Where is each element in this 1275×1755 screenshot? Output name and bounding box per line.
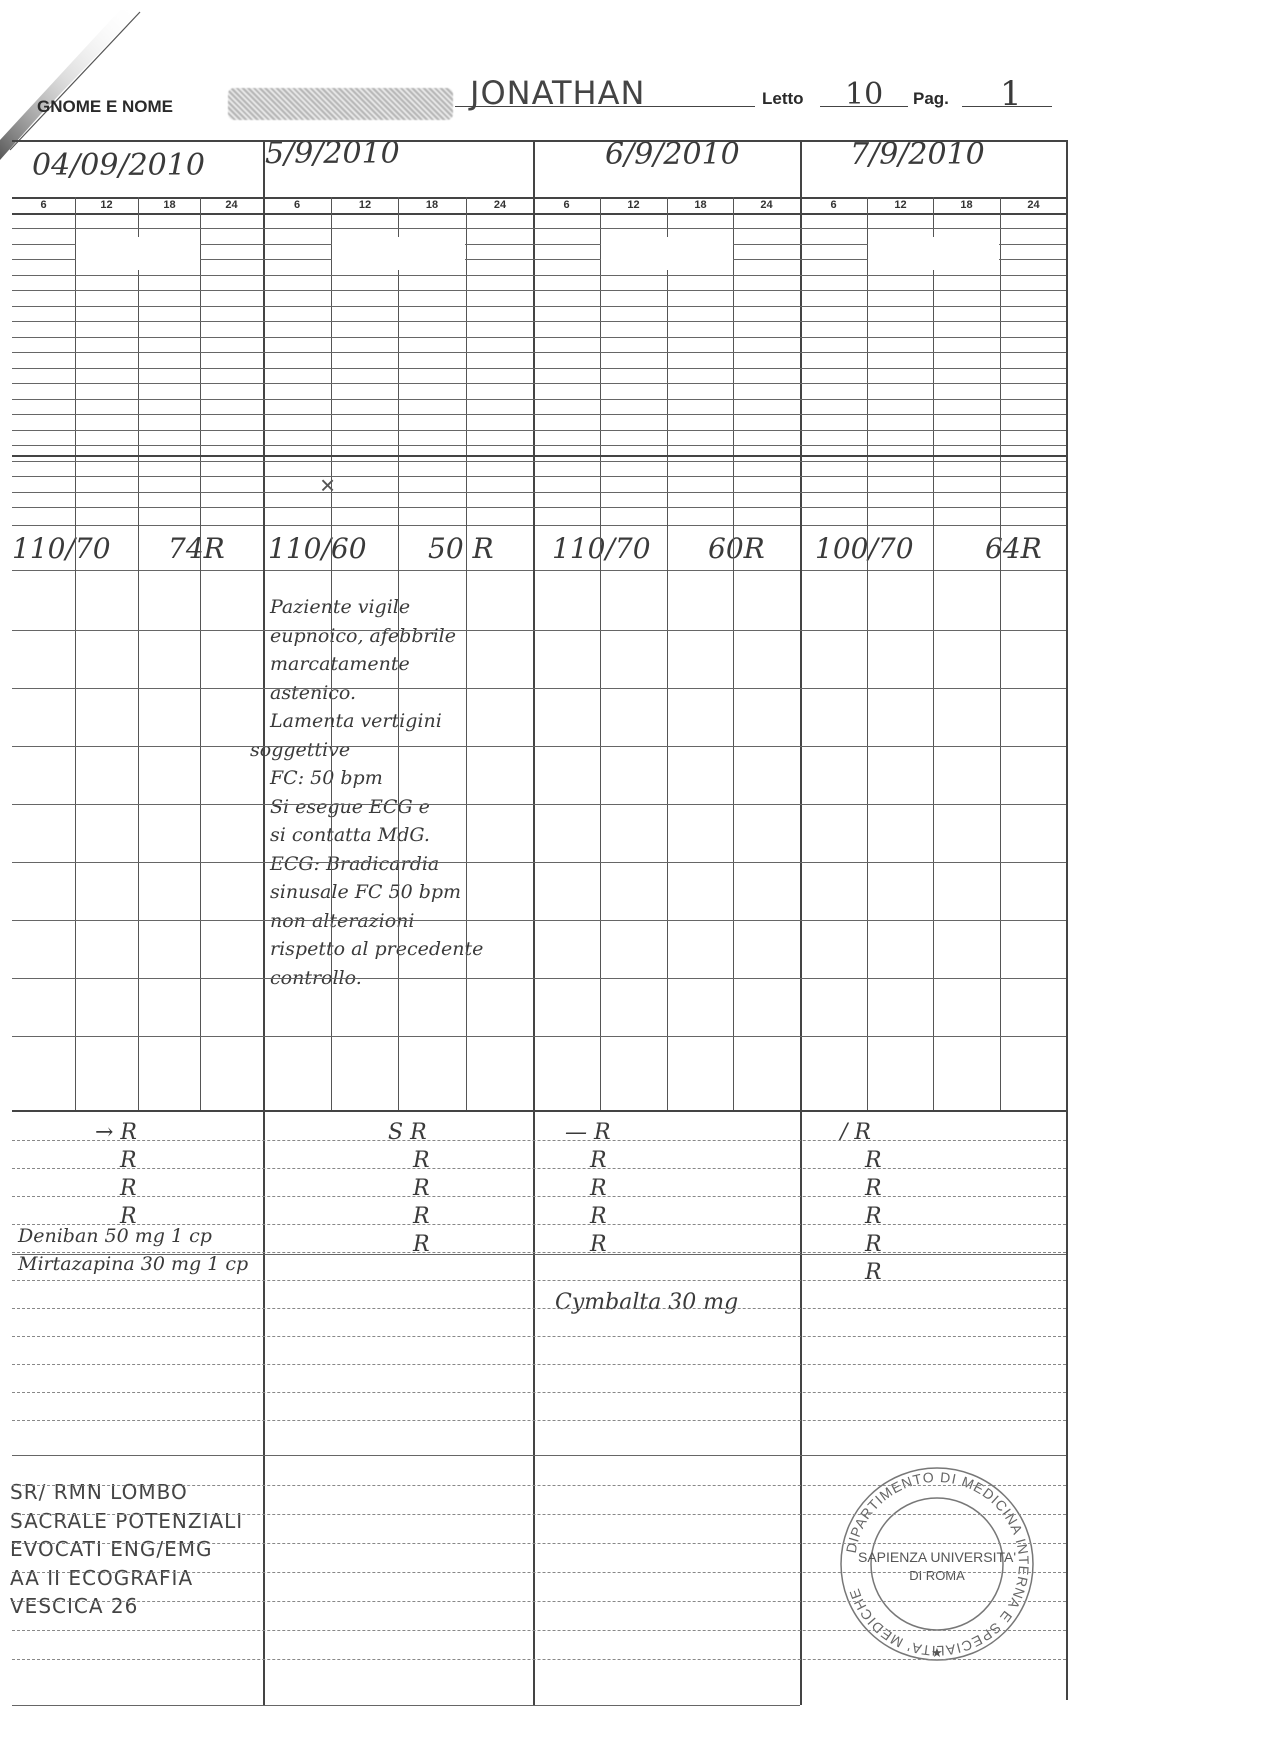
request-line: AA II ECOGRAFIA (10, 1566, 193, 1590)
grid-line (12, 228, 1066, 229)
grid-line (200, 197, 201, 1110)
grid-line (12, 1601, 1066, 1602)
grid-line (12, 306, 1066, 307)
medication-entry: Deniban 50 mg 1 cp (18, 1225, 212, 1247)
note-line: soggettive (250, 739, 350, 761)
svg-text:SAPIENZA UNIVERSITA': SAPIENZA UNIVERSITA' (858, 1549, 1016, 1565)
bp-day-1: 110/70 (12, 532, 111, 565)
grid-line (12, 430, 1066, 431)
grid-line (12, 978, 1066, 979)
grid-line (138, 197, 139, 1110)
grid-line (12, 476, 1066, 477)
grid-line (12, 1280, 1066, 1281)
note-line: ECG: Bradicardia (270, 853, 439, 875)
request-line: SACRALE POTENZIALI (10, 1509, 243, 1533)
hr-day-4: 64R (985, 532, 1042, 565)
university-stamp: DIPARTIMENTO DI MEDICINA INTERNA E SPECI… (837, 1464, 1037, 1664)
grid-line (12, 1705, 800, 1706)
administration-mark: S R (388, 1120, 427, 1145)
patient-first-name: JONATHAN (470, 74, 645, 112)
grid-line (12, 1485, 1066, 1486)
note-line: eupnoico, afebbrile (270, 625, 456, 647)
grid-line (466, 197, 467, 1110)
medication-entry: Cymbalta 30 mg (555, 1290, 738, 1315)
grid-line (533, 140, 535, 1705)
grid-line (12, 337, 1066, 338)
administration-mark: R (413, 1176, 430, 1201)
hour-label: 18 (933, 199, 1000, 211)
grid-line (12, 383, 1066, 384)
grid-line (12, 414, 1066, 415)
hour-label: 6 (800, 199, 867, 211)
blank-chart-cell (868, 237, 999, 270)
administration-mark: R (590, 1176, 607, 1201)
administration-mark: — R (565, 1120, 611, 1145)
page-label: Pag. (913, 89, 949, 109)
note-line: FC: 50 bpm (270, 767, 383, 789)
grid-line (12, 1392, 1066, 1393)
hour-label: 18 (667, 199, 734, 211)
grid-line (12, 1420, 1066, 1421)
hour-label: 24 (733, 199, 800, 211)
grid-line (12, 1630, 1066, 1631)
bp-day-2: 110/60 (268, 532, 367, 565)
request-line: VESCICA 26 (10, 1594, 138, 1618)
grid-line (12, 461, 1066, 462)
grid-line (12, 492, 1066, 493)
hour-label: 6 (12, 199, 75, 211)
grid-line (733, 197, 734, 1110)
grid-line (12, 1252, 1066, 1253)
hour-label: 12 (867, 199, 934, 211)
administration-mark: R (413, 1148, 430, 1173)
grid-line (12, 290, 1066, 291)
administration-mark: R (590, 1204, 607, 1229)
grid-line (12, 688, 1066, 689)
grid-line (12, 1036, 1066, 1037)
grid-line (12, 570, 1066, 571)
grid-line (600, 197, 601, 1110)
administration-mark: / R (840, 1120, 871, 1145)
grid-line (12, 746, 1066, 747)
note-line: astenico. (270, 682, 356, 704)
grid-line (263, 140, 265, 1705)
grid-line (12, 1659, 1066, 1660)
grid-line (12, 1110, 1066, 1112)
chart-cross-mark: × (320, 470, 335, 501)
note-line: marcatamente (270, 653, 410, 675)
grid-line (12, 1514, 1066, 1515)
administration-mark: R (865, 1148, 882, 1173)
bp-day-3: 110/70 (552, 532, 651, 565)
hour-label: 24 (1000, 199, 1067, 211)
grid-line (12, 1572, 1066, 1573)
svg-text:★: ★ (931, 1645, 943, 1660)
grid-line (12, 1336, 1066, 1337)
grid-line (398, 197, 399, 1110)
grid-line (12, 368, 1066, 369)
grid-line (12, 399, 1066, 400)
administration-mark: R (865, 1260, 882, 1285)
grid-line (12, 1140, 1066, 1141)
grid-line (12, 1308, 1066, 1309)
grid-line (12, 213, 1066, 215)
blank-chart-cell (332, 237, 465, 270)
date-day-1: 04/09/2010 (32, 148, 205, 183)
hour-label: 12 (600, 199, 667, 211)
hour-label: 12 (331, 199, 399, 211)
note-line: si contatta MdG. (270, 824, 430, 846)
grid-line (12, 507, 1066, 508)
grid-line (1000, 197, 1001, 1110)
grid-line (12, 445, 1066, 446)
grid-line (12, 1196, 1066, 1197)
grid-line (12, 455, 1066, 457)
administration-mark: R (865, 1204, 882, 1229)
page-fold-corner (0, 0, 150, 170)
grid-line (1066, 140, 1068, 1700)
administration-mark: R (865, 1176, 882, 1201)
grid-line (12, 321, 1066, 322)
grid-line (12, 352, 1066, 353)
redacted-surname (228, 88, 453, 120)
note-line: rispetto al precedente (270, 938, 483, 960)
grid-line (12, 1364, 1066, 1365)
administration-mark: → R (95, 1120, 137, 1145)
grid-line (12, 275, 1066, 276)
hour-label: 24 (466, 199, 534, 211)
grid-line (800, 140, 802, 1705)
note-line: Si esegue ECG e (270, 796, 430, 818)
grid-line (12, 920, 1066, 921)
administration-mark: R (413, 1204, 430, 1229)
grid-line (12, 1224, 1066, 1225)
grid-line (75, 197, 76, 1110)
page-number: 1 (1000, 74, 1022, 114)
bp-day-4: 100/70 (815, 532, 914, 565)
request-line: EVOCATI ENG/EMG (10, 1537, 213, 1561)
grid-line (12, 197, 1066, 199)
svg-text:DI ROMA: DI ROMA (909, 1568, 965, 1583)
grid-line (331, 197, 332, 1110)
hour-label: 6 (263, 199, 331, 211)
hour-label: 18 (398, 199, 466, 211)
grid-line (12, 1543, 1066, 1544)
administration-mark: R (120, 1176, 137, 1201)
grid-line (12, 862, 1066, 863)
grid-line (667, 197, 668, 1110)
hour-label: 18 (138, 199, 201, 211)
date-day-3: 6/9/2010 (605, 137, 740, 172)
hour-label: 12 (75, 199, 138, 211)
hour-label: 24 (200, 199, 263, 211)
bed-label: Letto (762, 89, 804, 109)
grid-line (12, 1254, 1066, 1255)
hr-day-3: 60R (708, 532, 765, 565)
blank-chart-cell (76, 237, 200, 270)
grid-line (12, 630, 1066, 631)
hour-label: 6 (533, 199, 600, 211)
grid-line (867, 197, 868, 1110)
grid-line (12, 1168, 1066, 1169)
grid-line (12, 1455, 1066, 1456)
grid-line (12, 804, 1066, 805)
note-line: Paziente vigile (270, 596, 410, 618)
name-label: GNOME E NOME (37, 97, 173, 117)
date-day-4: 7/9/2010 (850, 137, 985, 172)
hr-day-2: 50 R (428, 532, 494, 565)
note-line: sinusale FC 50 bpm (270, 881, 461, 903)
request-line: SR/ RMN LOMBO (10, 1480, 188, 1504)
note-line: Lamenta vertigini (270, 710, 442, 732)
grid-line (12, 525, 1066, 526)
administration-mark: R (120, 1148, 137, 1173)
grid-line (12, 140, 1066, 142)
blank-chart-cell (601, 237, 733, 270)
grid-line (933, 197, 934, 1110)
hr-day-1: 74R (168, 532, 225, 565)
medication-entry: Mirtazapina 30 mg 1 cp (18, 1253, 248, 1275)
administration-mark: R (590, 1148, 607, 1173)
bed-number: 10 (845, 77, 883, 112)
